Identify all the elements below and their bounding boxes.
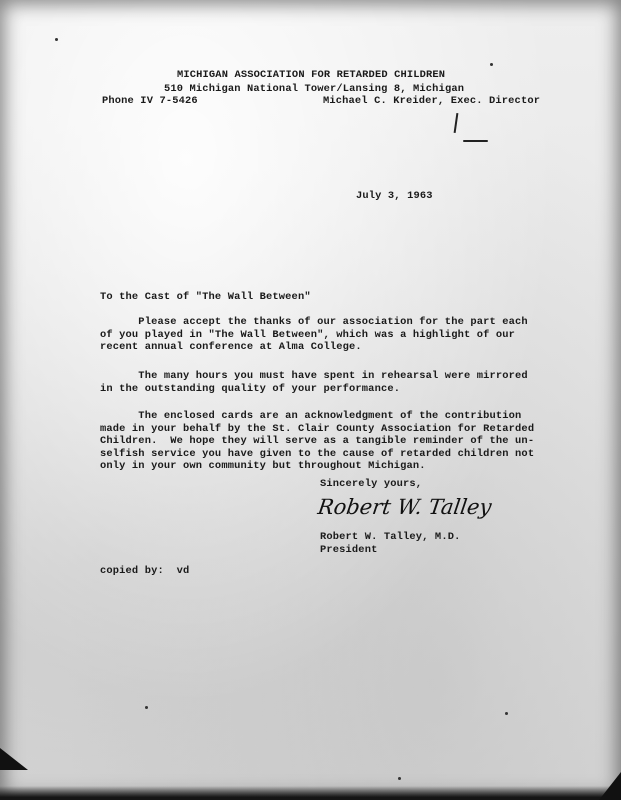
copied-by: copied by: vd: [100, 565, 189, 578]
torn-corner: [599, 772, 621, 800]
signer-title: President: [320, 544, 377, 557]
paper-speck: [145, 706, 148, 709]
letterhead-address: 510 Michigan National Tower/Lansing 8, M…: [164, 83, 464, 96]
handwritten-signature: Robert W. Talley: [316, 495, 493, 519]
body-paragraph: The many hours you must have spent in re…: [100, 370, 528, 395]
pen-mark: [463, 140, 488, 142]
letterhead-organization: MICHIGAN ASSOCIATION FOR RETARDED CHILDR…: [177, 69, 445, 82]
letter-page: MICHIGAN ASSOCIATION FOR RETARDED CHILDR…: [0, 0, 621, 800]
closing: Sincerely yours,: [320, 478, 422, 491]
torn-corner: [0, 748, 28, 770]
paper-speck: [55, 38, 58, 41]
letter-date: July 3, 1963: [356, 190, 433, 203]
signer-name: Robert W. Talley, M.D.: [320, 531, 460, 544]
body-paragraph: Please accept the thanks of our associat…: [100, 316, 528, 354]
body-paragraph: The enclosed cards are an acknowledgment…: [100, 410, 534, 473]
paper-speck: [505, 712, 508, 715]
scan-edge-shadow: [0, 786, 621, 800]
salutation: To the Cast of "The Wall Between": [100, 291, 311, 304]
letterhead-director: Michael C. Kreider, Exec. Director: [323, 95, 540, 108]
paper-speck: [490, 63, 493, 66]
paper-speck: [398, 777, 401, 780]
pen-mark: [454, 113, 459, 133]
letterhead-phone: Phone IV 7-5426: [102, 95, 198, 108]
